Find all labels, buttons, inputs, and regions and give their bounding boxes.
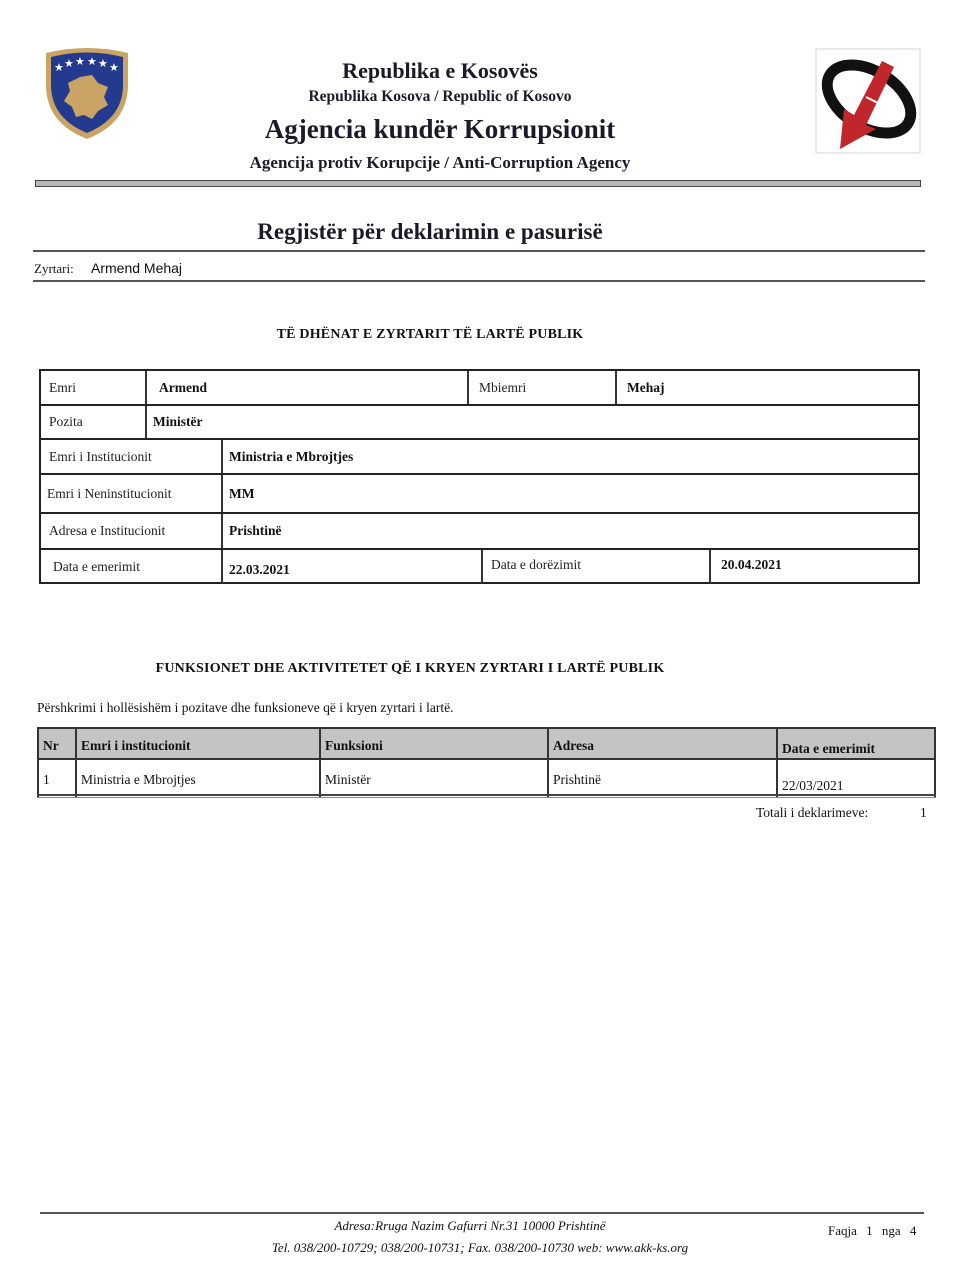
total-declarations-label: Totali i deklarimeve: xyxy=(756,805,868,821)
page-indicator: Faqja 1 nga 4 xyxy=(828,1223,922,1239)
header-divider xyxy=(35,180,921,187)
table-row: Emri Armend Mbiemri Mehaj xyxy=(41,371,918,406)
functions-table: Nr Emri i institucionit Funksioni Adresa… xyxy=(37,727,936,798)
agency-subheading: Agencija protiv Korupcije / Anti-Corrupt… xyxy=(190,153,690,173)
position-value: Ministër xyxy=(145,406,918,438)
table-row: Adresa e Institucionit Prishtinë xyxy=(41,514,918,550)
address-value: Prishtinë xyxy=(221,514,918,548)
functions-description: Përshkrimi i hollësishëm i pozitave dhe … xyxy=(37,700,454,716)
anti-corruption-agency-logo-icon xyxy=(814,47,924,155)
column-header-function: Funksioni xyxy=(319,729,547,758)
sub-institution-value: MM xyxy=(221,475,918,512)
appointment-date-value: 22.03.2021 xyxy=(221,550,481,584)
footer-divider xyxy=(40,1212,924,1214)
first-name-value: Armend xyxy=(145,371,467,404)
position-label: Pozita xyxy=(41,406,145,438)
divider xyxy=(33,280,925,282)
official-name: Armend Mehaj xyxy=(91,260,182,276)
address-label: Adresa e Institucionit xyxy=(41,514,221,548)
functions-section-title: FUNKSIONET DHE AKTIVITETET QË I KRYEN ZY… xyxy=(80,661,740,677)
table-header: Nr Emri i institucionit Funksioni Adresa… xyxy=(39,729,934,760)
agency-heading: Agjencia kundër Korrupsionit xyxy=(190,114,690,145)
cell-address: Prishtinë xyxy=(547,760,776,798)
column-header-address: Adresa xyxy=(547,729,776,758)
svg-text:★: ★ xyxy=(64,57,74,70)
country-heading: Republika e Kosovës xyxy=(190,58,690,84)
page-title: Regjistër për deklarimin e pasurisë xyxy=(150,219,710,245)
appointment-date-label: Data e emerimit xyxy=(41,550,221,584)
cell-nr: 1 xyxy=(39,760,75,798)
institution-value: Ministria e Mbrojtjes xyxy=(221,440,918,473)
footer-contact: Tel. 038/200-10729; 038/200-10731; Fax. … xyxy=(200,1240,760,1256)
submission-date-value: 20.04.2021 xyxy=(709,550,918,584)
last-name-label: Mbiemri xyxy=(467,371,615,404)
country-subheading: Republika Kosova / Republic of Kosovo xyxy=(190,88,690,106)
column-header-institution: Emri i institucionit xyxy=(75,729,319,758)
table-row: Emri i Institucionit Ministria e Mbrojtj… xyxy=(41,440,918,475)
divider xyxy=(33,250,925,252)
table-row: Data e emerimit 22.03.2021 Data e dorëzi… xyxy=(41,550,918,584)
total-declarations-value: 1 xyxy=(920,805,927,821)
institution-label: Emri i Institucionit xyxy=(41,440,221,473)
svg-text:★: ★ xyxy=(87,55,97,68)
official-label: Zyrtari: xyxy=(34,261,74,277)
svg-text:★: ★ xyxy=(109,61,119,74)
table-row: Emri i Neninstitucionit MM xyxy=(41,475,918,514)
table-row: Pozita Ministër xyxy=(41,406,918,440)
page-label: Faqja xyxy=(828,1223,857,1238)
column-header-appointment-date: Data e emerimit xyxy=(776,729,934,758)
footer-address: Adresa:Rruga Nazim Gafurri Nr.31 10000 P… xyxy=(200,1218,740,1234)
column-header-nr: Nr xyxy=(39,729,75,758)
first-name-label: Emri xyxy=(41,371,145,404)
svg-text:★: ★ xyxy=(98,57,108,70)
sub-institution-label: Emri i Neninstitucionit xyxy=(41,475,221,512)
cell-function: Ministër xyxy=(319,760,547,798)
submission-date-label: Data e dorëzimit xyxy=(481,550,709,584)
table-row: 1 Ministria e Mbrojtjes Ministër Prishti… xyxy=(39,760,934,798)
official-data-table: Emri Armend Mbiemri Mehaj Pozita Ministë… xyxy=(39,369,920,584)
table-bottom-rule xyxy=(37,794,936,798)
page-total: 4 xyxy=(910,1223,917,1238)
svg-text:★: ★ xyxy=(54,61,64,74)
page-of-label: nga xyxy=(882,1223,901,1238)
svg-text:★: ★ xyxy=(75,55,85,68)
official-data-section-title: TË DHËNAT E ZYRTARIT TË LARTË PUBLIK xyxy=(180,327,680,343)
page-current: 1 xyxy=(866,1223,873,1238)
kosovo-coat-of-arms-icon: ★★★ ★★★ xyxy=(42,45,132,141)
last-name-value: Mehaj xyxy=(615,371,918,404)
cell-institution: Ministria e Mbrojtjes xyxy=(75,760,319,798)
cell-appointment-date: 22/03/2021 xyxy=(776,760,934,798)
